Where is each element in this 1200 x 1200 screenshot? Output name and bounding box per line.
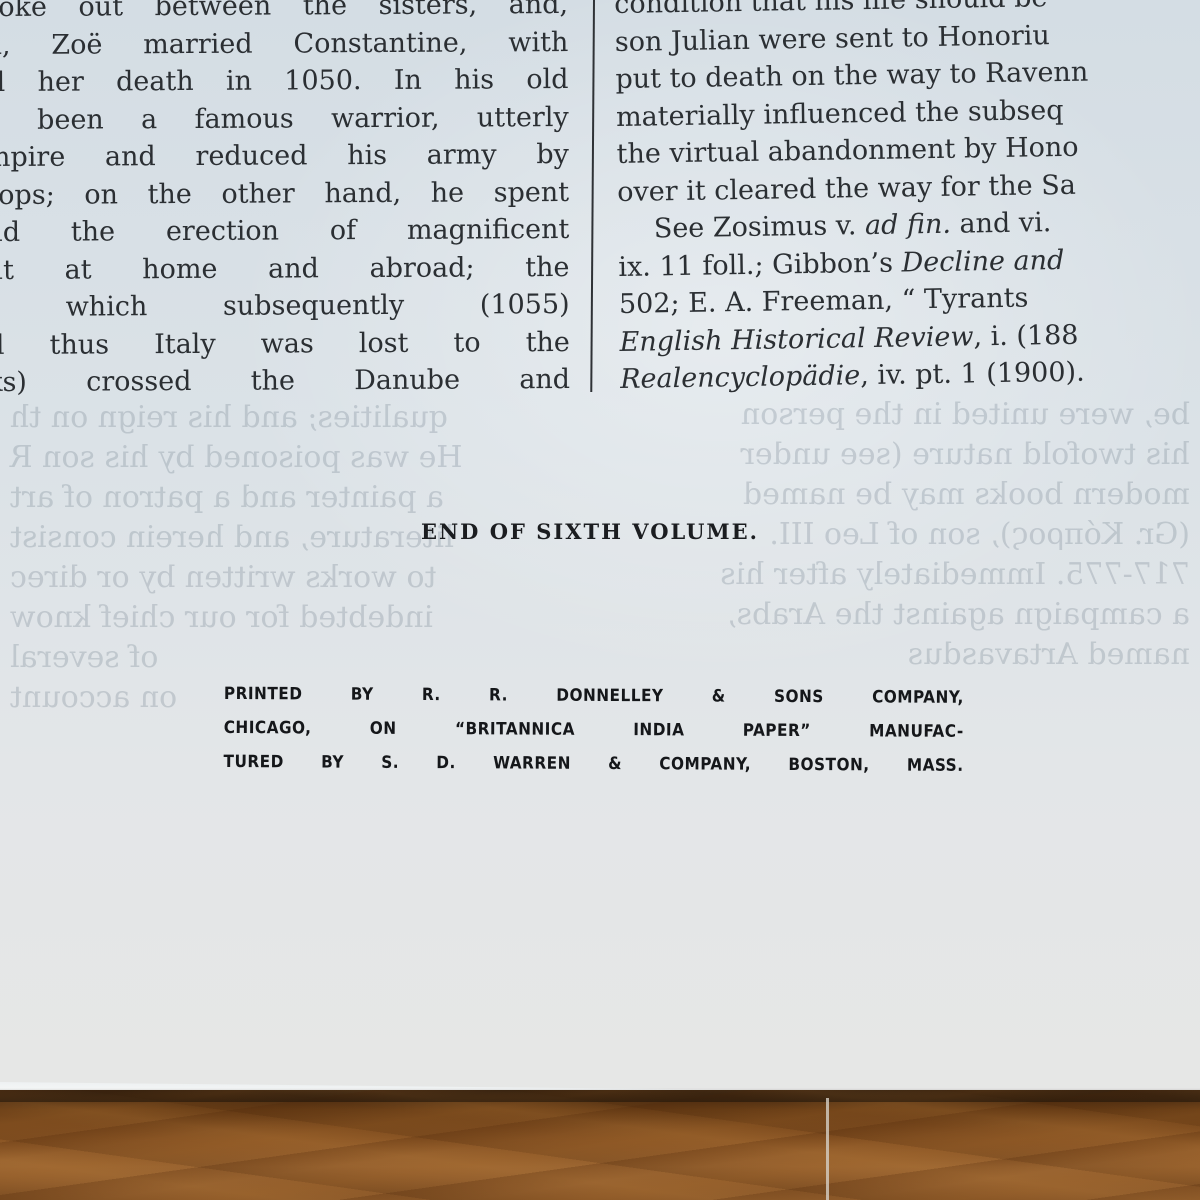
colophon-line: PRINTED BY R. R. DONNELLEY & SONS COMPAN… <box>224 677 964 715</box>
reference-italic: Realencyclopädie <box>620 360 861 395</box>
show-through-line: to works written by or direc <box>10 558 570 598</box>
colophon-line: TURED BY S. D. WARREN & COMPANY, BOSTON,… <box>223 745 963 783</box>
text-line: till her death in 1050. In his old <box>0 61 569 102</box>
column-divider <box>590 0 595 392</box>
text-line: and the erection of magnificent <box>0 211 569 252</box>
show-through-line: his twofold nature (see under <box>600 435 1190 475</box>
show-through-text-left: qualities; and his reign on th He was po… <box>10 398 570 718</box>
show-through-line: named Artavasdus <box>600 635 1190 675</box>
reference-line: Realencyclopädie, iv. pt. 1 (1900). <box>620 354 1093 399</box>
colophon-line: CHICAGO, ON “BRITANNICA INDIA PAPER” MAN… <box>224 711 964 749</box>
text-line: roops; on the other hand, he spent <box>0 173 569 214</box>
reference-text: ix. 11 foll.; Gibbon’s <box>618 247 902 282</box>
text-line: on, Zoë married Constantine, with <box>0 23 568 64</box>
end-of-volume-heading: END OF SIXTH VOLUME. <box>0 519 1180 544</box>
wooden-table-surface <box>0 1090 1200 1200</box>
left-column-text: broke out between the sisters, and, on, … <box>0 0 570 402</box>
show-through-line: 717-775. Immediately after his <box>600 555 1190 595</box>
reference-italic: English Historical Review <box>619 321 973 358</box>
text-line: aks) crossed the Danube and <box>0 361 570 402</box>
show-through-line: a campaign against the Arabs, <box>600 595 1190 635</box>
reference-text: , i. (188 <box>973 319 1079 352</box>
reference-italic: ad fin. <box>865 209 951 241</box>
book-page: qualities; and his reign on th He was po… <box>0 0 1200 1094</box>
text-line: y, which subsequently (1055) <box>0 286 570 327</box>
text-line: nd thus Italy was lost to the <box>0 323 570 364</box>
show-through-line: be, were united in the person <box>600 395 1190 435</box>
text-line: broke out between the sisters, and, <box>0 0 568 27</box>
show-through-line: of several <box>10 638 570 678</box>
wood-plank-seam <box>826 1098 829 1200</box>
show-through-line: qualities; and his reign on th <box>10 398 570 438</box>
page-edge-shadow <box>0 1088 1200 1102</box>
printer-colophon: PRINTED BY R. R. DONNELLEY & SONS COMPAN… <box>223 677 964 783</box>
reference-italic: Decline and <box>901 244 1064 278</box>
reference-text: See Zosimus v. <box>654 210 866 244</box>
show-through-line: modern books may be named <box>600 475 1190 515</box>
show-through-line: He was poisoned by his son R <box>10 438 570 478</box>
show-through-line: indebted for our chief know <box>10 598 570 638</box>
right-column-text: condition that his life should be son Ju… <box>614 0 1093 398</box>
show-through-line: a painter and a patron of art <box>10 478 570 518</box>
text-line: empire and reduced his army by <box>0 136 569 177</box>
text-line: out at home and abroad; the <box>0 248 570 289</box>
reference-text: , iv. pt. 1 (1900). <box>860 357 1085 392</box>
reference-text: and vi. <box>951 207 1052 240</box>
text-line: ce been a famous warrior, utterly <box>0 98 569 139</box>
